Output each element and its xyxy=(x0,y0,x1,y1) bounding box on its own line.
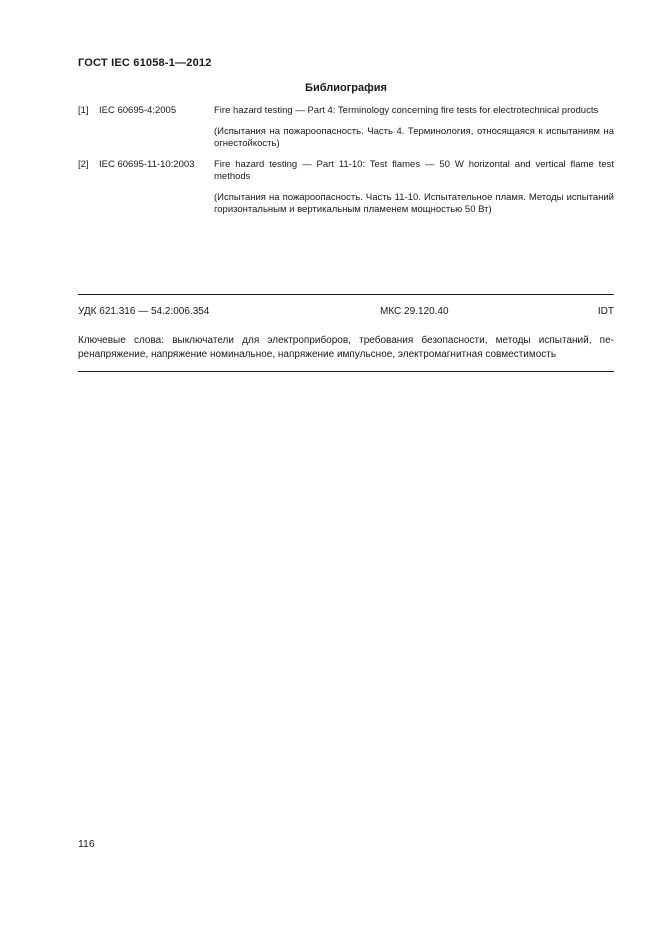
reference-number: [1] xyxy=(78,105,99,150)
reference-description: Fire hazard testing — Part 11-10: Test f… xyxy=(214,159,614,216)
bibliography-entry: [2] IEC 60695-11-10:2003 Fire hazard tes… xyxy=(78,159,614,216)
section-title: Библиография xyxy=(78,82,614,94)
mks-code: МКС 29.120.40 xyxy=(380,306,449,317)
reference-title-russian: (Испытания на пожароопасность. Часть 11-… xyxy=(214,192,614,216)
bibliography-list: [1] IEC 60695-4:2005 Fire hazard testing… xyxy=(78,105,614,225)
reference-title-english: Fire hazard testing — Part 4: Terminolog… xyxy=(214,105,614,117)
reference-number: [2] xyxy=(78,159,99,216)
reference-description: Fire hazard testing — Part 4: Terminolog… xyxy=(214,105,614,150)
document-code: ГОСТ IEC 61058-1—2012 xyxy=(78,57,212,69)
classification-line: УДК 621.316 — 54.2:006.354 МКС 29.120.40… xyxy=(78,306,614,319)
page-number: 116 xyxy=(78,838,95,850)
standard-code: IEC 60695-11-10:2003 xyxy=(99,159,214,216)
udk-code: УДК 621.316 — 54.2:006.354 xyxy=(78,306,209,317)
keywords-text: Ключевые слова: выключатели для электроп… xyxy=(78,334,614,362)
idt-label: IDT xyxy=(598,306,614,317)
reference-title-russian: (Испытания на пожароопасность. Часть 4. … xyxy=(214,126,614,150)
bibliography-entry: [1] IEC 60695-4:2005 Fire hazard testing… xyxy=(78,105,614,150)
reference-title-english: Fire hazard testing — Part 11-10: Test f… xyxy=(214,159,614,183)
classification-block: УДК 621.316 — 54.2:006.354 МКС 29.120.40… xyxy=(78,294,614,372)
standard-code: IEC 60695-4:2005 xyxy=(99,105,214,150)
